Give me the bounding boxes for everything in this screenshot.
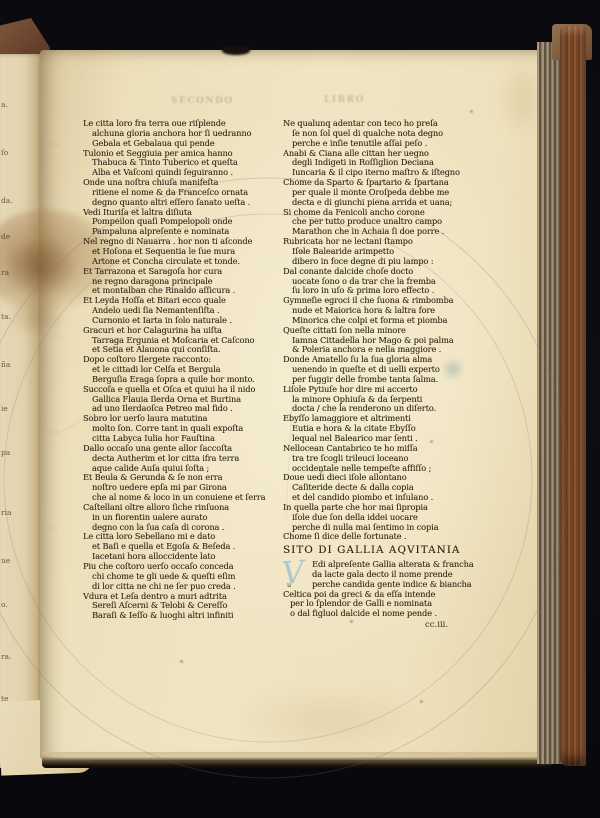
facing-page-text-fragment: te <box>1 694 8 703</box>
facing-page-text-fragment: ra <box>1 268 9 277</box>
section-heading: SITO DI GALLIA AQVITANIA <box>283 544 460 556</box>
facing-page-text-fragment: ta. <box>1 312 11 321</box>
running-head-showthrough-right: LIBRO <box>324 95 365 105</box>
showthrough-fragment: ro <box>50 332 59 341</box>
scanned-book-photo: SECONDO LIBRO netarodeſa a.ſoda.derata.ñ… <box>0 0 600 818</box>
facing-page-text-fragment: da. <box>1 196 13 205</box>
facing-page-text-fragment: ria <box>1 508 11 517</box>
facing-page-text-fragment: ra. <box>1 652 11 661</box>
folio-number: cc.iii. <box>425 620 448 630</box>
facing-page-text-fragment: ue <box>1 556 10 565</box>
verse-line: o dal figluol dalcide el nome pende . <box>290 609 493 619</box>
left-text-column: Le citta loro fra terra oue riſplendealc… <box>83 119 295 621</box>
facing-page-text-fragment: ña <box>1 360 10 369</box>
facing-page-text-fragment: ie <box>1 404 8 413</box>
facing-page-text-fragment: o. <box>1 600 8 609</box>
showthrough-fragment: ne <box>50 140 60 149</box>
running-head-showthrough-left: SECONDO <box>171 96 234 106</box>
showthrough-fragment: de <box>50 428 60 437</box>
facing-page-text-fragment: ſo <box>1 148 8 157</box>
section-paragraph: Edi alpreſente Gallia alterata & francha… <box>283 560 493 619</box>
verse-line: Baraſi & Ieſſo & luoghi altri infiniti <box>92 611 295 621</box>
facing-page-text-fragment: de <box>1 232 10 241</box>
right-text-column: Ne qualunq adentar con teco ho preſaſe n… <box>283 119 495 542</box>
showthrough-fragment: ſa <box>50 524 58 533</box>
verse-line: Chome ſi dice delle fortunate . <box>283 532 495 542</box>
facing-page-text-fragment: pa <box>1 448 10 457</box>
showthrough-fragment: ta <box>50 236 58 245</box>
page-content: SECONDO LIBRO netarodeſa a.ſoda.derata.ñ… <box>0 0 600 818</box>
facing-page-text-fragment: a. <box>1 100 8 109</box>
